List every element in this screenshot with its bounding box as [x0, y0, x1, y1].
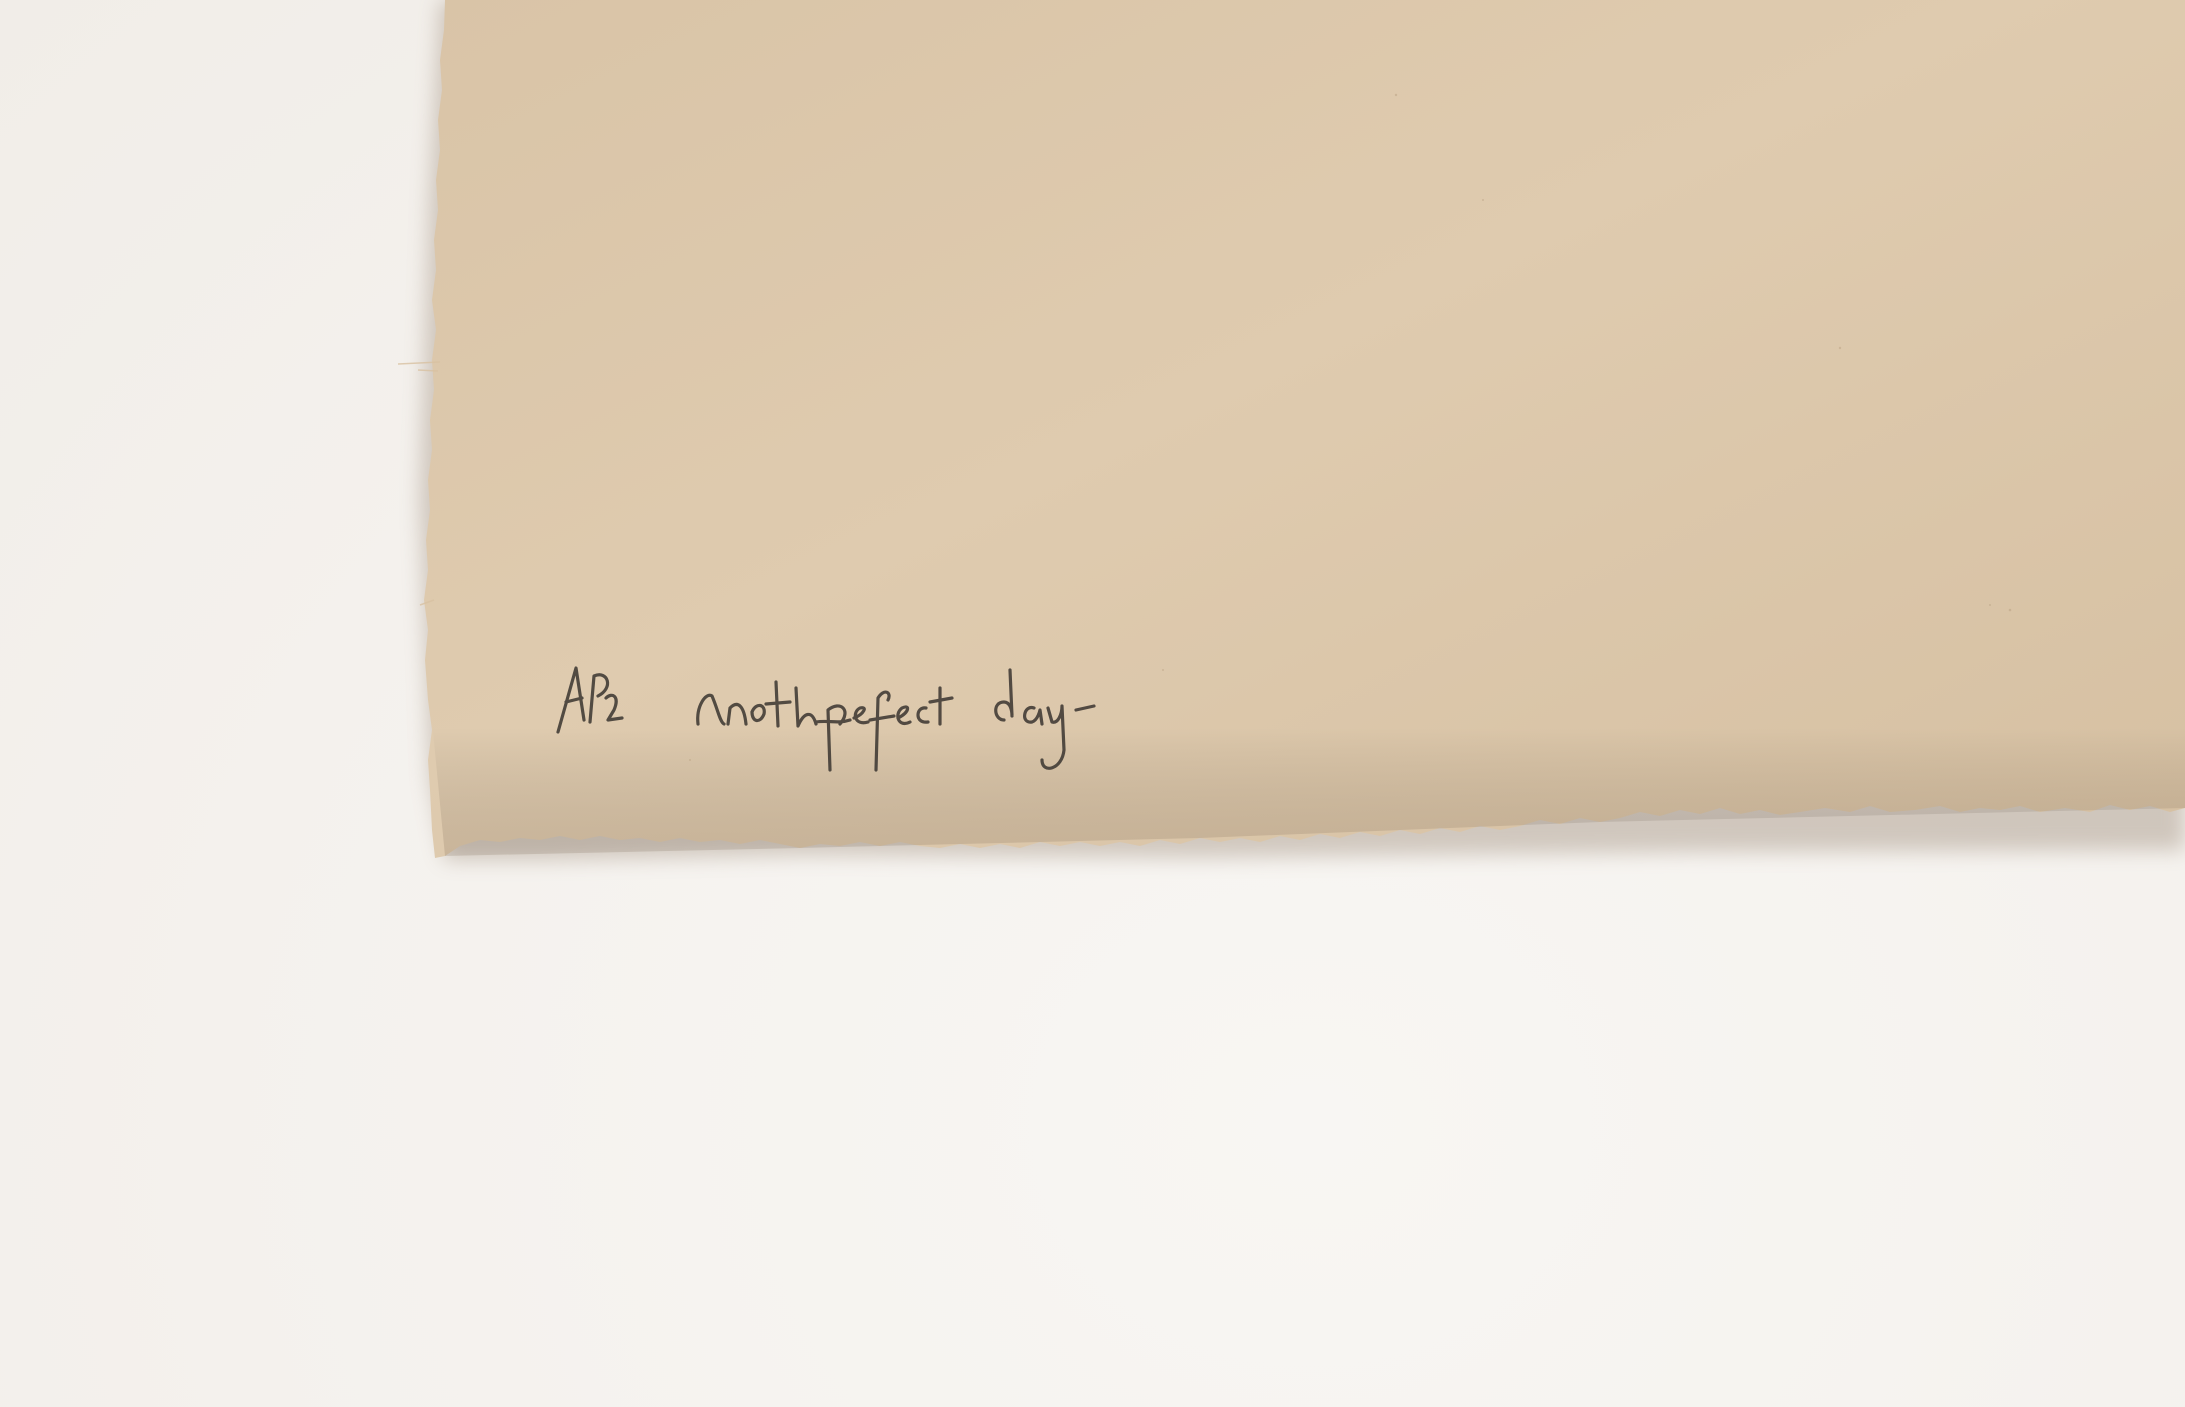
background-surface: AP2 Another perfect day –: [0, 0, 2185, 1407]
pencil-inscription: [548, 640, 1648, 790]
